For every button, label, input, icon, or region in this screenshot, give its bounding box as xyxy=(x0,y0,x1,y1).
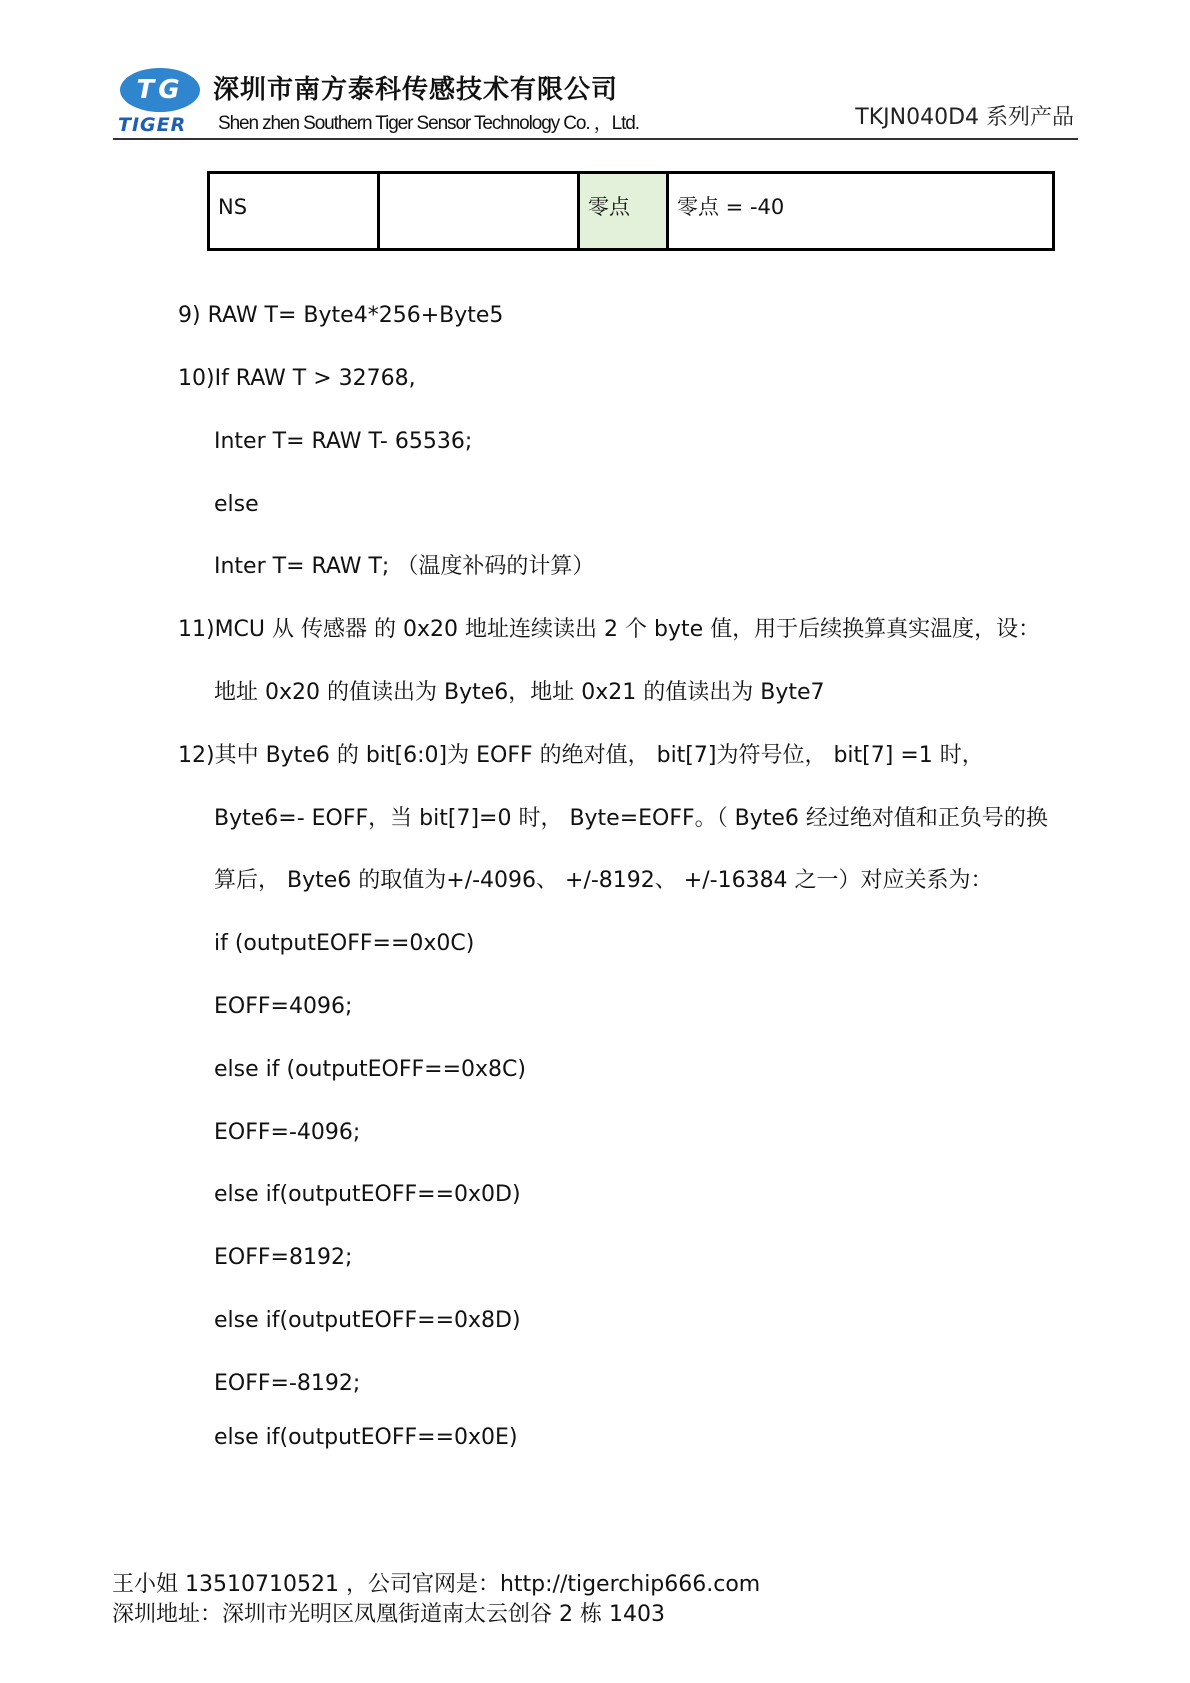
code-line-if-0x8c: else if (outputEOFF==0x8C) xyxy=(214,1055,526,1085)
body-line-12-cont2: 算后， Byte6 的取值为+/-4096、 +/-8192、 +/-16384… xyxy=(214,866,993,896)
logo-wordmark: TIGER xyxy=(118,114,186,136)
company-logo: TG TIGER xyxy=(118,68,204,144)
table-cell-name: NS xyxy=(210,174,380,248)
code-line-eoff-4096: EOFF=4096; xyxy=(214,992,352,1022)
body-line-9: 9) RAW T= Byte4*256+Byte5 xyxy=(178,301,503,331)
body-line-10: 10)If RAW T > 32768, xyxy=(178,364,416,394)
table-cell-value: 零点 = -40 xyxy=(669,174,1052,248)
body-line-12: 12)其中 Byte6 的 bit[6:0]为 EOFF 的绝对值， bit[7… xyxy=(178,741,984,771)
spec-table-row: NS 零点 零点 = -40 xyxy=(207,171,1055,251)
footer-contact: 王小姐 13510710521 ，公司官网是：http://tigerchip6… xyxy=(112,1570,760,1600)
company-name-cn: 深圳市南方泰科传感技术有限公司 xyxy=(213,72,618,108)
code-line-if-0x8d: else if(outputEOFF==0x8D) xyxy=(214,1306,521,1336)
table-cell-empty xyxy=(380,174,580,248)
body-line-11-cont: 地址 0x20 的值读出为 Byte6，地址 0x21 的值读出为 Byte7 xyxy=(214,678,825,708)
body-line-11: 11)MCU 从 传感器 的 0x20 地址连续读出 2 个 byte 值，用于… xyxy=(178,615,1040,645)
footer-address: 深圳地址：深圳市光明区凤凰街道南太云创谷 2 栋 1403 xyxy=(112,1600,665,1630)
code-line-if-0x0d: else if(outputEOFF==0x0D) xyxy=(214,1180,521,1210)
header-divider xyxy=(113,138,1078,140)
company-name-en: Shen zhen Southern Tiger Sensor Technolo… xyxy=(218,112,639,136)
table-cell-label-highlight: 零点 xyxy=(580,174,669,248)
code-line-if-0x0c: if (outputEOFF==0x0C) xyxy=(214,929,474,959)
logo-mark: TG xyxy=(118,74,202,106)
product-series-label: TKJN040D4 系列产品 xyxy=(855,104,1074,132)
code-line-eoff-8192: EOFF=8192; xyxy=(214,1243,352,1273)
body-line-inter-neg: Inter T= RAW T- 65536; xyxy=(214,427,472,457)
code-line-if-0x0e: else if(outputEOFF==0x0E) xyxy=(214,1423,518,1453)
code-line-eoff-neg8192: EOFF=-8192; xyxy=(214,1369,360,1399)
body-line-12-cont1: Byte6=- EOFF，当 bit[7]=0 时， Byte=EOFF。（ B… xyxy=(214,804,1048,834)
body-line-else: else xyxy=(214,490,259,520)
code-line-eoff-neg4096: EOFF=-4096; xyxy=(214,1118,360,1148)
body-line-inter-pos: Inter T= RAW T; （温度补码的计算） xyxy=(214,552,594,582)
